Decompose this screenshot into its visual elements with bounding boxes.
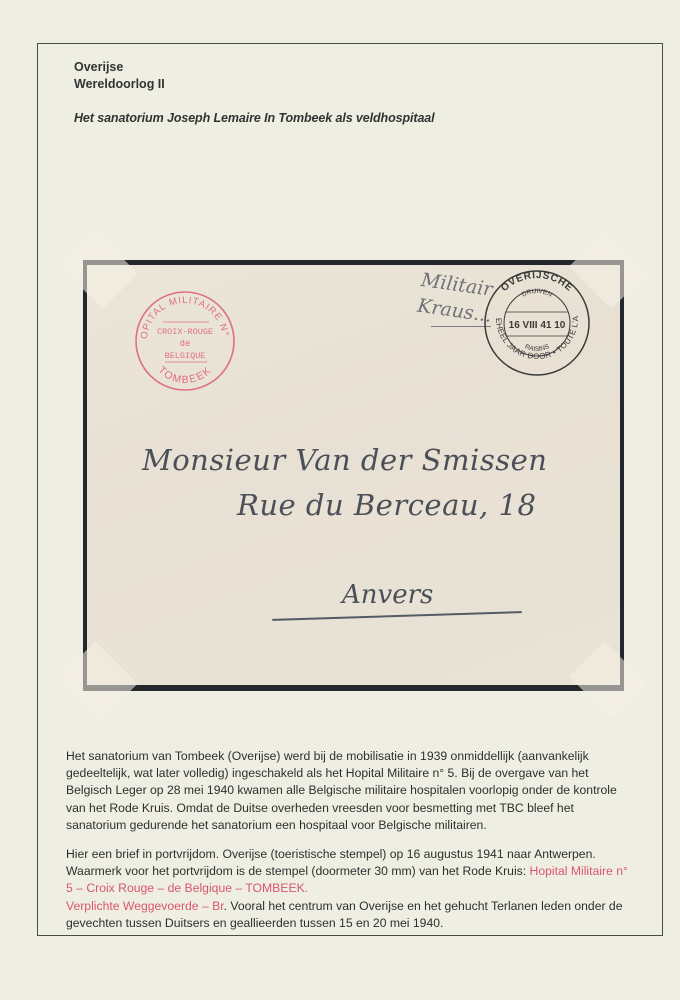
description-paragraph-2: Hier een brief in portvrijdom. Overijse …: [66, 846, 636, 932]
address-city: Anvers: [342, 580, 433, 610]
red-cross-handstamp-icon: HOPITAL MILITAIRE N° 5 CROIX-ROUGE de BE…: [133, 289, 237, 393]
address-underline: [272, 611, 522, 621]
svg-text:16 VIII 41 10: 16 VIII 41 10: [509, 320, 566, 331]
para2-highlight-weggevoerde: Verplichte Weggevoerde – Br: [66, 899, 224, 913]
envelope-mount: HOPITAL MILITAIRE N° 5 CROIX-ROUGE de BE…: [83, 260, 624, 691]
description-paragraph-1: Het sanatorium van Tombeek (Overijse) we…: [66, 748, 636, 834]
page-header: Overijse Wereldoorlog II: [74, 59, 165, 93]
envelope-cover: HOPITAL MILITAIRE N° 5 CROIX-ROUGE de BE…: [87, 265, 620, 685]
para2-text-a: Hier een brief in portvrijdom. Overijse …: [66, 847, 596, 878]
address-street: Rue du Berceau, 18: [237, 488, 536, 522]
period-title: Wereldoorlog II: [74, 76, 165, 93]
location-title: Overijse: [74, 59, 165, 76]
svg-text:DRUIVEN: DRUIVEN: [521, 288, 554, 299]
page-subtitle: Het sanatorium Joseph Lemaire In Tombeek…: [74, 111, 435, 125]
svg-text:CROIX-ROUGE: CROIX-ROUGE: [157, 327, 213, 337]
overijsche-postmark-icon: OVERIJSCHE HET GEHEEL JAAR DOOR • TOUTE …: [482, 268, 592, 378]
svg-text:de: de: [180, 339, 191, 349]
svg-text:TOMBEEK: TOMBEEK: [156, 364, 215, 386]
svg-text:BELGIQUE: BELGIQUE: [165, 351, 206, 361]
address-recipient: Monsieur Van der Smissen: [142, 443, 547, 477]
